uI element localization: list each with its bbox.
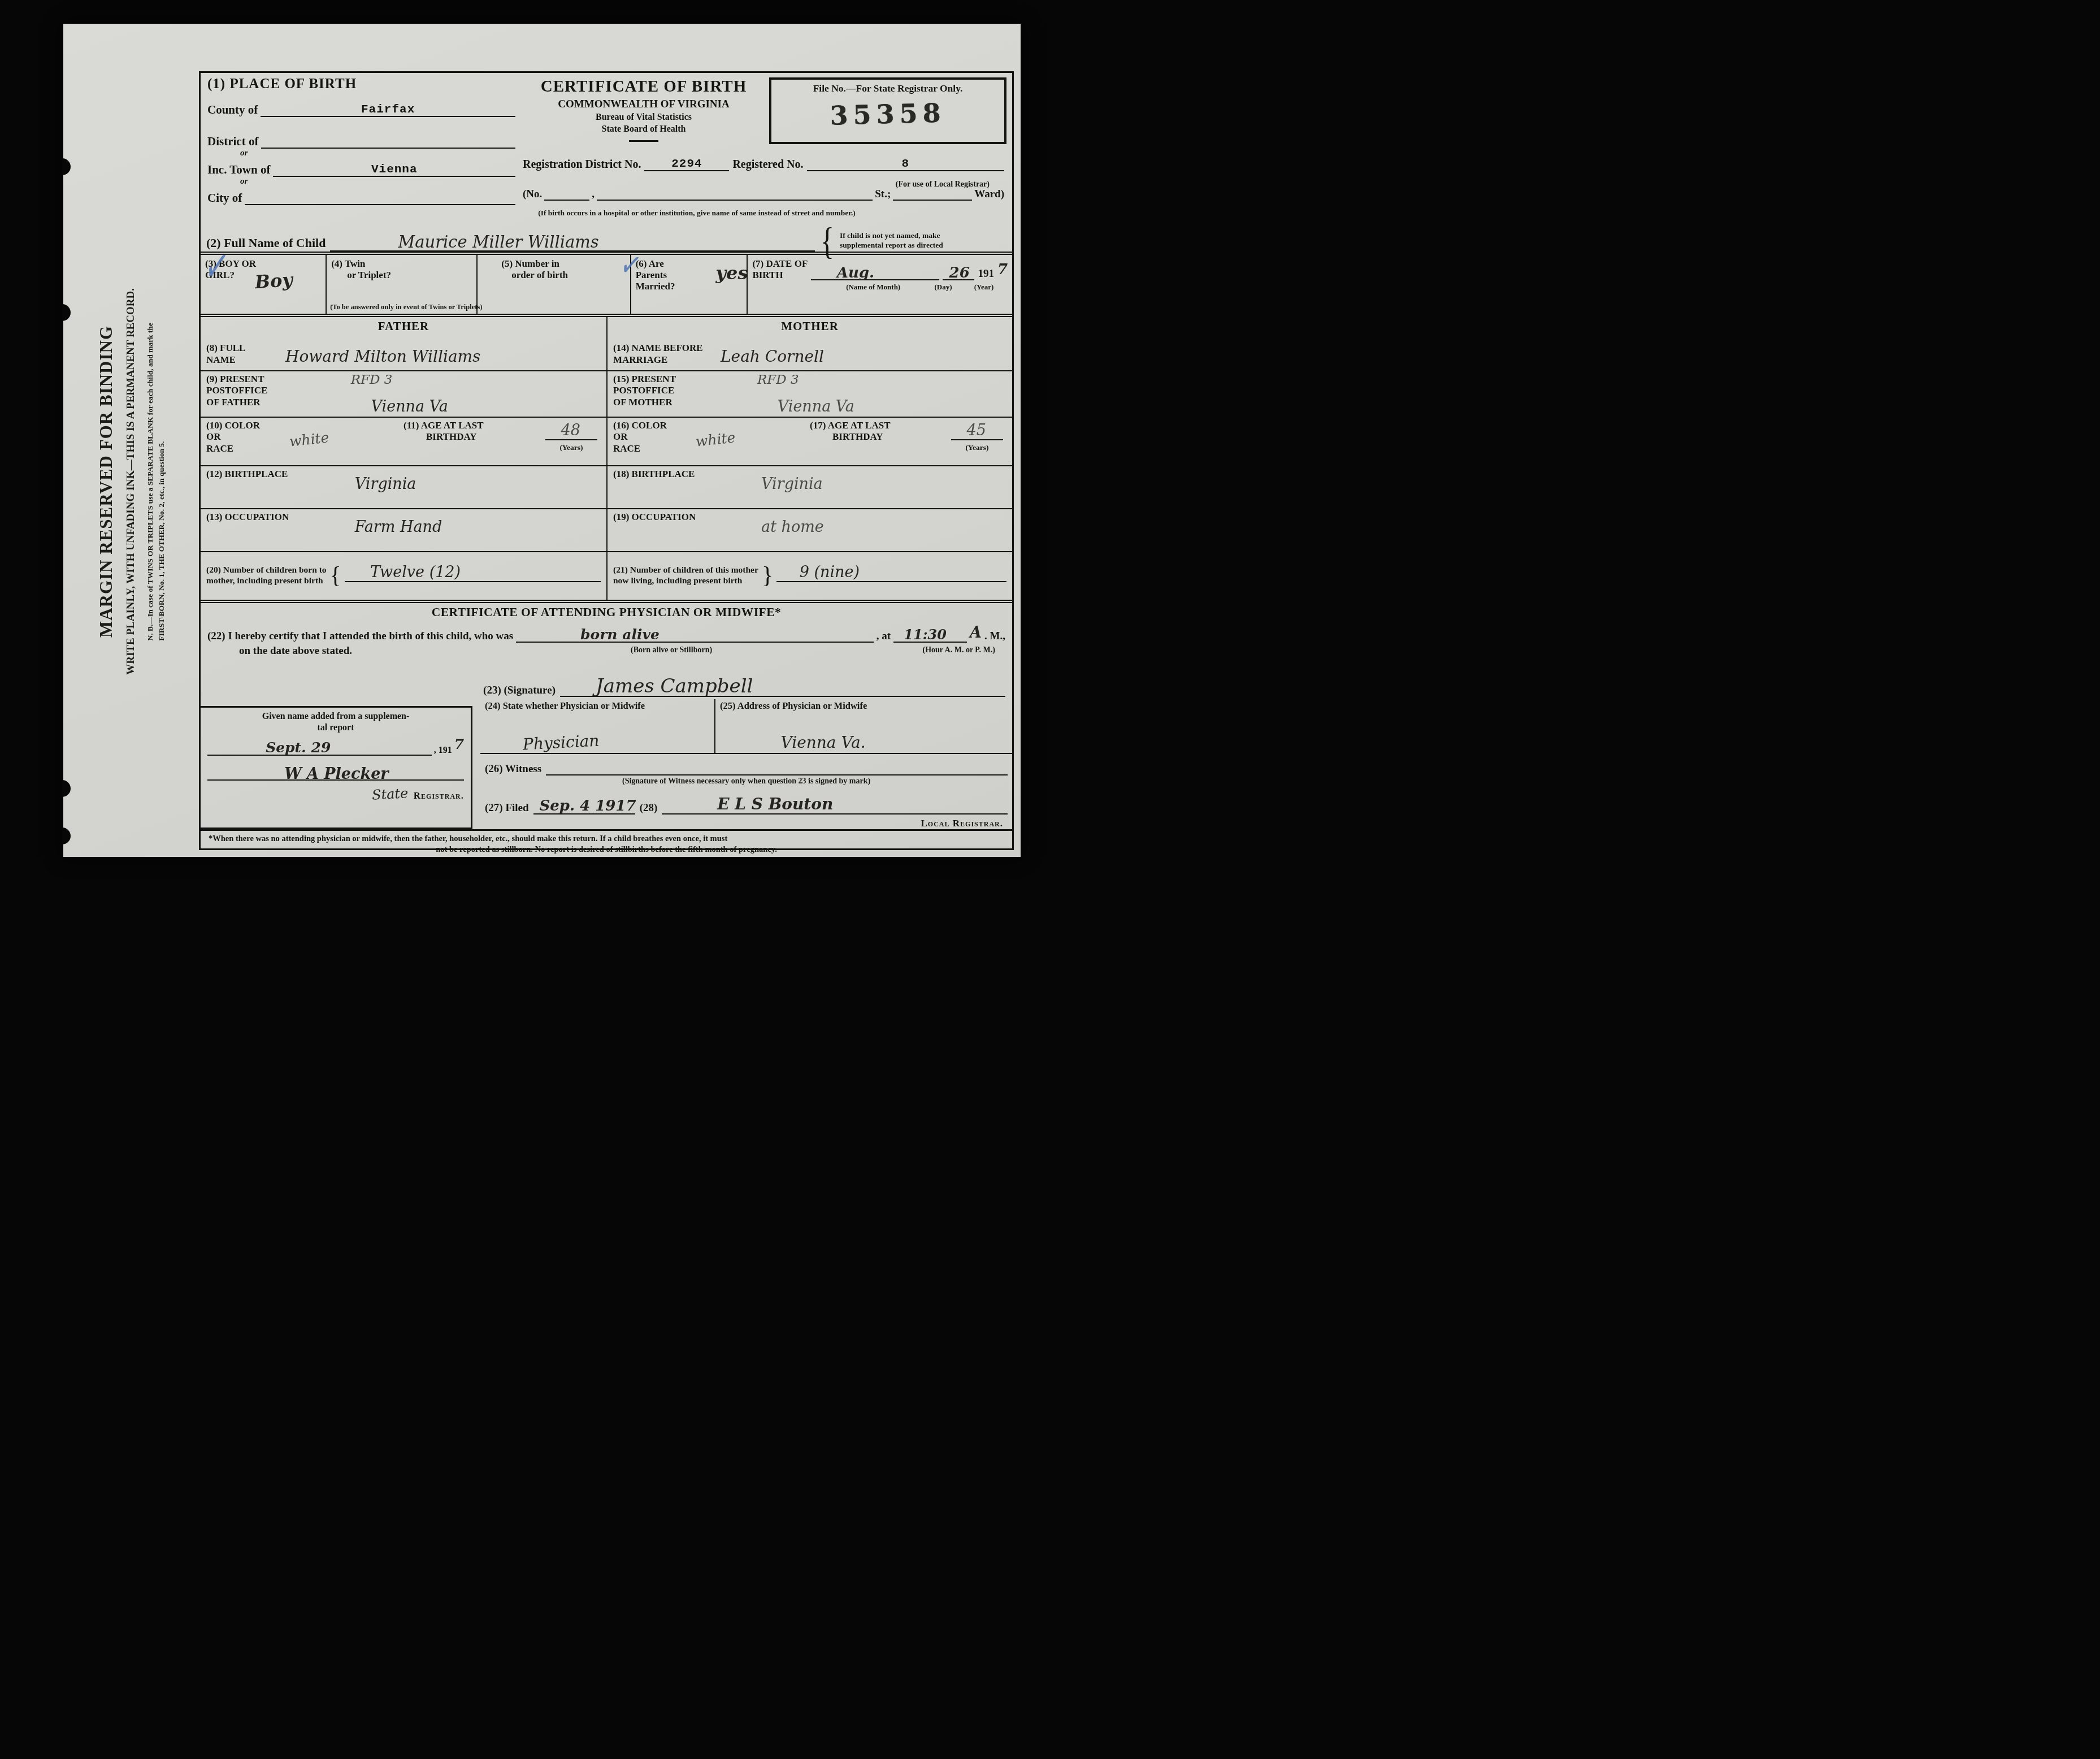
birth-year-written: 7 — [997, 262, 1008, 277]
mother-occupation-label: (19) OCCUPATION — [613, 512, 696, 522]
birth-order-label-line1: (5) Number in — [501, 258, 625, 270]
street-no-label: (No. — [523, 188, 542, 201]
supplemental-title: Given name added from a supplemen-tal re… — [207, 711, 464, 734]
born-alive-value: born alive — [580, 627, 659, 642]
district-blank — [261, 138, 515, 149]
father-color-value: white — [288, 430, 329, 448]
mother-age-blank: 45 — [951, 420, 1003, 440]
supplemental-date-blank: Sept. 29 — [207, 742, 432, 756]
filed-date-blank: Sep. 4 1917 — [533, 798, 635, 814]
street-line: (No. , St.; Ward) — [523, 188, 1004, 201]
county-blank: Fairfax — [261, 106, 515, 117]
state-written: State — [371, 787, 408, 802]
father-birthplace-value: Virginia — [355, 476, 416, 492]
attendance-statement: (22) I hereby certify that I attended th… — [201, 622, 1012, 668]
hour-sublabel: (Hour A. M. or P. M.) — [923, 646, 995, 655]
child-name-value: Maurice Miller Williams — [398, 234, 599, 250]
born-alive-blank: born alive — [516, 630, 874, 643]
at-label: , at — [877, 630, 891, 643]
children-living-brace: } — [762, 566, 773, 586]
county-label: County of — [207, 103, 258, 117]
registrar-signature: W A Plecker — [284, 766, 388, 782]
place-of-birth-block: (1) PLACE OF BIRTH County of Fairfax Dis… — [207, 76, 515, 205]
unnamed-child-note: If child is not yet named, make suppleme… — [840, 231, 1006, 252]
ward-label: Ward) — [974, 188, 1004, 201]
supplemental-date-written: 7 — [454, 737, 464, 751]
header-section: (1) PLACE OF BIRTH County of Fairfax Dis… — [201, 73, 1012, 218]
date-of-birth-cell: (7) DATE OFBIRTH Aug. 26 191 7 (Name of … — [747, 255, 1012, 314]
twins-note: (To be answered only in event of Twins o… — [330, 303, 636, 311]
mother-postoffice-row: (15) PRESENTPOSTOFFICEOF MOTHER RFD 3 Vi… — [608, 370, 1012, 417]
board-subtitle: State Board of Health — [523, 124, 765, 135]
twin-or-triplet-cell: (4) Twin or Triplet? (To be answered onl… — [326, 255, 476, 314]
street-no-blank — [544, 188, 589, 201]
father-occupation-row: (13) OCCUPATION Farm Hand — [201, 508, 606, 551]
mother-postoffice-value2: Vienna Va — [778, 399, 854, 414]
bureau-subtitle: Bureau of Vital Statistics — [523, 112, 765, 123]
heading-divider — [629, 140, 658, 142]
children-born-label: (20) Number of children born tomother, i… — [206, 565, 327, 586]
parents-married-cell: (6) Are Parents Married? yes — [630, 255, 747, 314]
sex-row: ✓ (3) BOY OR GIRL? Boy (4) Twin or Tripl… — [201, 255, 1012, 317]
mother-birthplace-value: Virginia — [761, 476, 823, 492]
children-living-value: 9 (nine) — [800, 565, 860, 580]
witness-note: (Signature of Witness necessary only whe… — [485, 777, 1008, 786]
boy-or-girl-value: Boy — [254, 271, 293, 292]
ward-blank — [893, 188, 972, 201]
place-of-birth-title: (1) PLACE OF BIRTH — [207, 76, 515, 92]
file-number-stamp: 35358 — [771, 96, 1004, 133]
date-of-birth-label: (7) DATE OFBIRTH — [752, 258, 808, 280]
item-28-label: (28) — [640, 802, 658, 814]
mother-color-label: (16) COLORORRACE — [613, 420, 667, 463]
bottom-right-column: (24) State whether Physician or Midwife … — [472, 699, 1012, 829]
physician-address-label: (25) Address of Physician or Midwife — [720, 700, 1008, 712]
father-header: FATHER — [206, 319, 601, 333]
signature-label: (23) (Signature) — [483, 684, 556, 697]
signature-row: (23) (Signature) James Campbell — [201, 668, 1012, 699]
county-value: Fairfax — [361, 103, 415, 116]
mother-birthplace-row: (18) BIRTHPLACE Virginia — [608, 465, 1012, 508]
street-comma: , — [592, 188, 595, 201]
children-born-blank: Twelve (12) — [345, 570, 601, 583]
father-name-row: FATHER (8) FULLNAME Howard Milton Willia… — [201, 317, 606, 370]
binding-margin: MARGIN RESERVED FOR BINDING WRITE PLAINL… — [67, 151, 196, 812]
registration-line: Registration District No. 2294 Registere… — [523, 158, 1004, 171]
supplemental-name-box: Given name added from a supplemen-tal re… — [201, 706, 472, 829]
birth-order-label-line2: order of birth — [511, 270, 625, 281]
physician-address-value: Vienna Va. — [781, 735, 866, 751]
margin-note-ink: WRITE PLAINLY, WITH UNFADING INK—THIS IS… — [125, 288, 137, 675]
mother-age-value: 45 — [967, 423, 986, 438]
birth-year-printed: 191 — [978, 268, 994, 280]
margin-note-binding: MARGIN RESERVED FOR BINDING — [96, 326, 116, 638]
supplemental-date-printed: , 191 — [434, 746, 452, 756]
commonwealth-subtitle: COMMONWEALTH OF VIRGINIA — [523, 98, 765, 111]
footnote-section: *When there was no attending physician o… — [201, 829, 1012, 862]
certificate-title: CERTIFICATE OF BIRTH — [523, 77, 765, 96]
birth-month-blank: Aug. — [811, 269, 939, 280]
filed-date-value: Sep. 4 1917 — [539, 799, 636, 813]
child-name-row: (2) Full Name of Child Maurice Miller Wi… — [201, 218, 1012, 255]
physician-or-midwife-cell: (24) State whether Physician or Midwife … — [480, 699, 714, 754]
children-living-row: (21) Number of children of this motherno… — [608, 551, 1012, 600]
witness-blank — [546, 763, 1008, 775]
father-age-label: (11) AGE AT LASTBIRTHDAY — [403, 420, 484, 463]
mother-postoffice-value1: RFD 3 — [757, 374, 799, 387]
witness-label: (26) Witness — [485, 763, 541, 775]
registration-district-value: 2294 — [671, 158, 702, 171]
hour-blank: 11:30 — [893, 630, 967, 643]
mother-age-label: (17) AGE AT LASTBIRTHDAY — [810, 420, 891, 463]
physician-signature: James Campbell — [596, 677, 753, 696]
attendance-prefix: (22) I hereby certify that I attended th… — [207, 630, 513, 643]
street-st-label: St.; — [875, 188, 891, 201]
father-postoffice-row: (9) PRESENTPOSTOFFICEOF FATHER RFD 3 Vie… — [201, 370, 606, 417]
signature-blank: James Campbell — [560, 683, 1005, 697]
birth-day-blank: 26 — [943, 269, 974, 280]
father-age-blank: 48 — [545, 420, 597, 440]
inc-town-label: Inc. Town of — [207, 163, 270, 177]
attendance-suffix: on the date above stated. — [239, 645, 352, 657]
father-color-age-row: (10) COLORORRACE white (11) AGE AT LASTB… — [201, 417, 606, 465]
mother-color-value: white — [695, 430, 736, 448]
children-born-row: (20) Number of children born tomother, i… — [201, 551, 606, 600]
inc-town-blank: Vienna — [273, 166, 515, 177]
mother-occupation-value: at home — [761, 519, 824, 535]
children-born-brace: { — [330, 566, 341, 586]
month-sublabel: (Name of Month) — [820, 283, 926, 292]
file-number-box: File No.—For State Registrar Only. 35358 — [769, 77, 1006, 144]
mother-name-label: (14) NAME BEFOREMARRIAGE — [613, 343, 703, 366]
certificate-form: (1) PLACE OF BIRTH County of Fairfax Dis… — [199, 71, 1014, 850]
ampm-written: A — [970, 625, 982, 640]
father-color-label: (10) COLORORRACE — [206, 420, 260, 463]
registration-district-blank: 2294 — [644, 158, 729, 171]
local-registrar-signature: E L S Bouton — [717, 796, 833, 812]
registered-no-value: 8 — [901, 158, 909, 171]
father-occupation-value: Farm Hand — [355, 519, 442, 535]
child-name-blank: Maurice Miller Williams — [330, 240, 815, 252]
bottom-section: Given name added from a supplemen-tal re… — [201, 699, 1012, 829]
m-label: . M., — [984, 630, 1005, 643]
local-registrar-label: Local Registrar. — [921, 818, 1003, 829]
binding-notch — [62, 827, 71, 844]
supplemental-date-value: Sept. 29 — [266, 740, 331, 755]
certificate-heading: CERTIFICATE OF BIRTH COMMONWEALTH OF VIR… — [523, 77, 765, 142]
physician-certificate-title: CERTIFICATE OF ATTENDING PHYSICIAN OR MI… — [201, 603, 1012, 622]
twin-label-line2: or Triplet? — [347, 270, 472, 281]
hospital-note: (If birth occurs in a hospital or other … — [415, 209, 978, 218]
registered-no-label: Registered No. — [732, 158, 803, 171]
registrar-signature-blank: W A Plecker — [207, 767, 464, 781]
father-age-unit: (Years) — [545, 443, 597, 452]
registration-district-label: Registration District No. — [523, 158, 641, 171]
city-label: City of — [207, 191, 242, 205]
father-birthplace-row: (12) BIRTHPLACE Virginia — [201, 465, 606, 508]
father-name-value: Howard Milton Williams — [285, 349, 481, 365]
year-sublabel: (Year) — [960, 283, 1008, 292]
file-number-label: File No.—For State Registrar Only. — [771, 83, 1004, 94]
parents-section: FATHER (8) FULLNAME Howard Milton Willia… — [201, 317, 1012, 603]
street-name-blank — [597, 188, 873, 201]
father-column: FATHER (8) FULLNAME Howard Milton Willia… — [201, 317, 606, 600]
twin-label-line1: (4) Twin — [331, 258, 472, 270]
parents-married-value: yes — [715, 264, 748, 282]
father-color-cell: (10) COLORORRACE white — [206, 420, 403, 463]
mother-age-cell: (17) AGE AT LASTBIRTHDAY 45 (Years) — [810, 420, 1006, 463]
physician-address-cell: (25) Address of Physician or Midwife Vie… — [714, 699, 1012, 754]
father-age-value: 48 — [561, 423, 580, 438]
or-text: or — [240, 149, 515, 159]
children-living-label: (21) Number of children of this motherno… — [613, 565, 758, 586]
physician-or-midwife-value: Physician — [522, 733, 600, 752]
district-label: District of — [207, 135, 258, 149]
father-postoffice-value1: RFD 3 — [351, 374, 393, 387]
boy-or-girl-cell: ✓ (3) BOY OR GIRL? Boy — [201, 255, 326, 314]
registered-no-blank: 8 — [807, 158, 1004, 171]
mother-birthplace-label: (18) BIRTHPLACE — [613, 469, 695, 479]
father-postoffice-value2: Vienna Va — [371, 399, 448, 414]
physician-or-midwife-label: (24) State whether Physician or Midwife — [485, 700, 710, 712]
children-living-blank: 9 (nine) — [776, 570, 1006, 583]
father-birthplace-label: (12) BIRTHPLACE — [206, 469, 288, 479]
note-brace: { — [819, 227, 835, 255]
margin-note-twins-group: N. B.—In case of TWINS OR TRIPLETS use a… — [146, 323, 166, 640]
inc-town-value: Vienna — [371, 163, 418, 176]
mother-name-value: Leah Cornell — [721, 349, 824, 365]
father-name-label: (8) FULLNAME — [206, 343, 245, 366]
mother-color-age-row: (16) COLORORRACE white (17) AGE AT LASTB… — [608, 417, 1012, 465]
mother-occupation-row: (19) OCCUPATION at home — [608, 508, 1012, 551]
birth-day-value: 26 — [949, 266, 970, 280]
registrar-label: Registrar. — [414, 790, 464, 801]
margin-note-firstborn: FIRST-BORN, No. 1, THE OTHER, No. 2, etc… — [157, 323, 166, 640]
children-born-value: Twelve (12) — [370, 565, 461, 580]
margin-note-twins: N. B.—In case of TWINS OR TRIPLETS use a… — [146, 323, 155, 640]
mother-header: MOTHER — [613, 319, 1006, 333]
born-alive-sublabel: (Born alive or Stillborn) — [631, 646, 712, 655]
mother-name-row: MOTHER (14) NAME BEFOREMARRIAGE Leah Cor… — [608, 317, 1012, 370]
or-text: or — [240, 177, 515, 187]
footnote-line1: *When there was no attending physician o… — [209, 834, 1004, 844]
unnamed-child-note-line2: supplemental report as directed — [840, 241, 943, 249]
mother-column: MOTHER (14) NAME BEFOREMARRIAGE Leah Cor… — [606, 317, 1012, 600]
footnote-line2: not be reported as stillborn. No report … — [209, 845, 1004, 855]
witness-row: (26) Witness (Signature of Witness neces… — [480, 754, 1012, 786]
hour-value: 11:30 — [904, 628, 947, 642]
mother-age-unit: (Years) — [951, 443, 1003, 452]
birth-month-value: Aug. — [837, 266, 874, 280]
mother-color-cell: (16) COLORORRACE white — [613, 420, 810, 463]
certificate-paper: MARGIN RESERVED FOR BINDING WRITE PLAINL… — [63, 24, 1021, 857]
day-sublabel: (Day) — [926, 283, 960, 292]
father-age-cell: (11) AGE AT LASTBIRTHDAY 48 (Years) — [403, 420, 601, 463]
scan-backdrop: MARGIN RESERVED FOR BINDING WRITE PLAINL… — [0, 0, 1050, 879]
unnamed-child-note-line1: If child is not yet named, make — [840, 231, 940, 240]
filed-row: (27) Filed Sep. 4 1917 (28) E L S Bouton — [480, 786, 1012, 814]
local-registrar-signature-blank: E L S Bouton — [662, 798, 1008, 814]
father-occupation-label: (13) OCCUPATION — [206, 512, 289, 522]
filed-label: (27) Filed — [485, 802, 529, 814]
city-blank — [245, 194, 515, 205]
